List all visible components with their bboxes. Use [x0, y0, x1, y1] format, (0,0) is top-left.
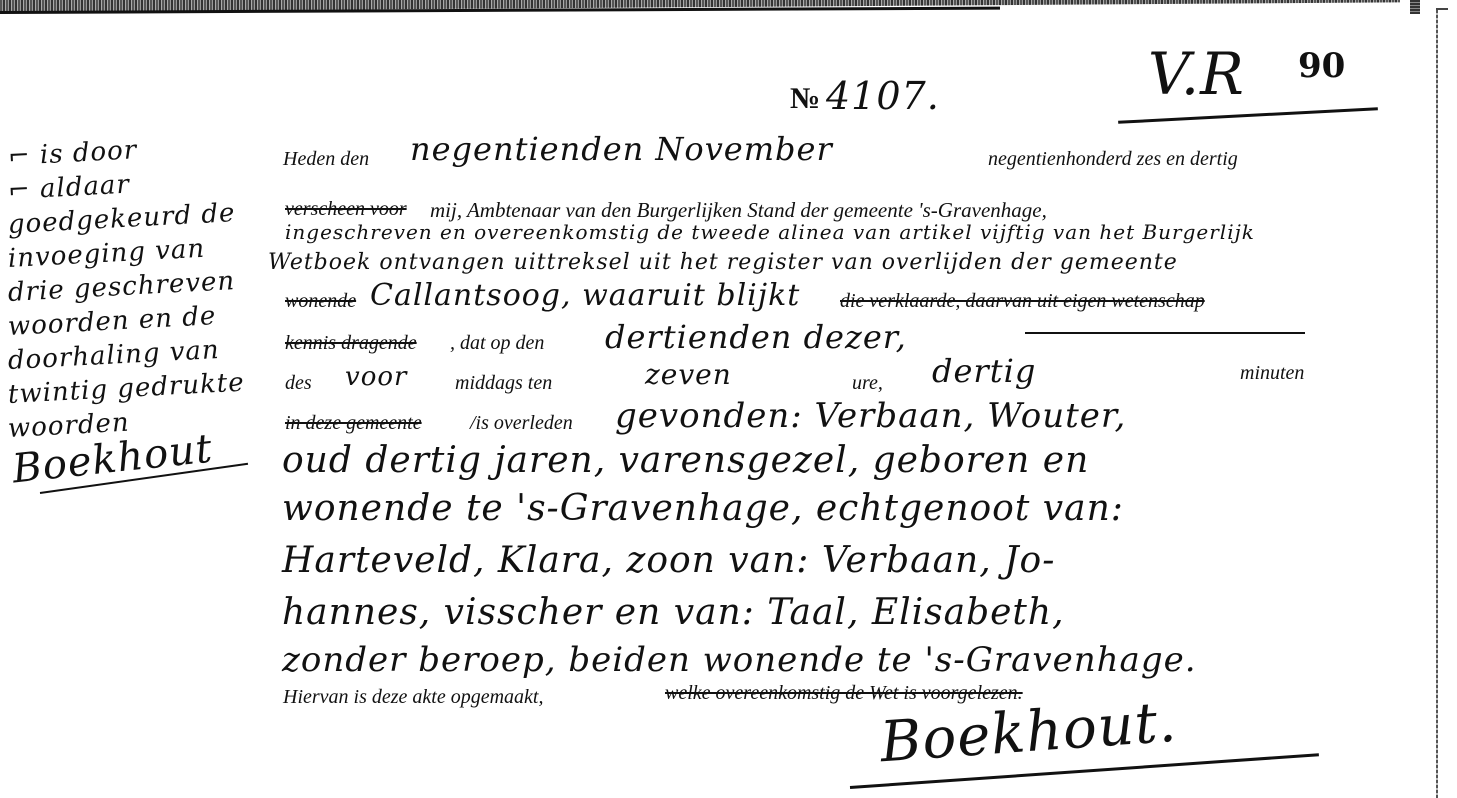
struck-text: welke overeenkomstig de Wet is voorgelez… [665, 682, 1023, 705]
register-mark-underline [1118, 107, 1378, 124]
handwritten-name: gevonden: Verbaan, Wouter, [615, 396, 1126, 436]
struck-text: wonende [285, 290, 356, 313]
printed-text: des [285, 372, 312, 395]
printed-text: Heden den [283, 148, 369, 171]
handwritten-minutes: dertig [932, 352, 1036, 390]
scan-corner-mark [1410, 0, 1420, 14]
page-binding-edge [1436, 10, 1438, 798]
struck-text: verscheen voor [285, 198, 407, 221]
handwritten-hour: zeven [645, 358, 732, 391]
handwritten-line: Harteveld, Klara, zoon van: Verbaan, Jo- [282, 540, 1055, 581]
handwritten-insert: Wetboek ontvangen uittreksel uit het reg… [268, 250, 1178, 275]
handwritten-date: negentienden November [410, 130, 833, 168]
printed-text: middags ten [455, 372, 552, 395]
handwritten-date: dertienden dezer, [605, 318, 907, 356]
margin-annotation: ⌐ is door ⌐ aldaar goedgekeurd de invoeg… [8, 140, 268, 446]
record-number: 4107. [826, 74, 940, 118]
handwritten-line: zonder beroep, beiden wonende te 's-Grav… [282, 640, 1197, 680]
printed-text: ure, [852, 372, 883, 395]
handwritten-line: hannes, visscher en van: Taal, Elisabeth… [282, 592, 1065, 633]
fill-line [1025, 332, 1305, 334]
handwritten-line: wonende te 's-Gravenhage, echtgenoot van… [282, 488, 1124, 529]
printed-text: minuten [1240, 362, 1304, 385]
record-number-label: № [790, 82, 820, 116]
printed-text: /is overleden [470, 412, 573, 435]
handwritten-time-period: voor [345, 362, 407, 392]
register-mark: V.R [1148, 40, 1245, 108]
handwritten-insert: ingeschreven en overeenkomstig de tweede… [285, 220, 1255, 244]
struck-text: in deze gemeente [285, 412, 422, 435]
handwritten-line: oud dertig jaren, varensgezel, geboren e… [282, 440, 1089, 481]
struck-text: kennis dragende [285, 332, 417, 355]
printed-closing: Hiervan is deze akte opgemaakt, [283, 686, 543, 709]
handwritten-place: Callantsoog, waaruit blijkt [370, 278, 800, 313]
page-number: 90 [1298, 46, 1345, 86]
printed-text: , dat op den [450, 332, 544, 355]
printed-year: negentienhonderd zes en dertig [988, 148, 1238, 171]
struck-text: die verklaarde, daarvan uit eigen wetens… [840, 290, 1205, 313]
